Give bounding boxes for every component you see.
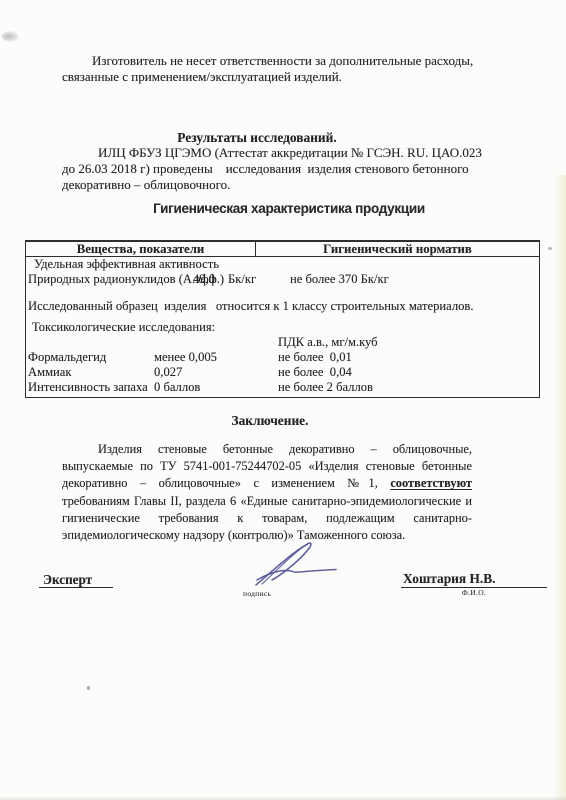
conclusion-heading: Заключение.	[62, 413, 478, 429]
tox-row: Формальдегид менее 0,005 не более 0,01	[28, 350, 539, 365]
results-line: ИЛЦ ФБУЗ ЦГЭМО (Аттестат аккредитации № …	[62, 145, 466, 161]
results-paragraph: ИЛЦ ФБУЗ ЦГЭМО (Аттестат аккредитации № …	[62, 145, 466, 193]
measured-value: менее 0,005	[154, 350, 278, 365]
tox-section-title: Токсикологические исследования:	[28, 320, 539, 335]
tox-norm-header-row: ПДК а.в., мг/м.куб	[28, 335, 539, 350]
scanned-document-page: Изготовитель не несет ответственности за…	[0, 0, 566, 800]
substance-name: Формальдегид	[28, 350, 154, 365]
pdk-header: ПДК а.в., мг/м.куб	[278, 335, 539, 350]
measured-value: 0,027	[154, 365, 278, 380]
substance-name: Аммиак	[28, 365, 154, 380]
conclusion-line: декоративно – облицовочные» с изменением…	[62, 475, 472, 492]
results-line: декоративно – облицовочного.	[62, 177, 466, 193]
disclaimer-line: связанные с применением/эксплуатацией из…	[62, 69, 466, 85]
norm-value: не более 2 баллов	[278, 380, 539, 395]
hygiene-heading: Гигиеническая характеристика продукции	[62, 201, 516, 216]
empty-cell	[28, 335, 154, 350]
scan-edge-tint	[554, 175, 566, 800]
tox-row: Аммиак 0,027 не более 0,04	[28, 365, 539, 380]
conclusion-paragraph: Изделия стеновые бетонные декоративно – …	[62, 441, 472, 544]
results-heading: Результаты исследований.	[62, 130, 452, 146]
norm-value: не более 0,01	[278, 350, 539, 365]
signature-stroke	[262, 544, 308, 585]
expert-name: Хоштария Н.В.	[401, 571, 547, 588]
scan-smudge	[2, 31, 19, 42]
activity-row-title: Удельная эффективная активность	[28, 257, 539, 272]
conclusion-line: требованиям Главы II, раздела 6 «Единые …	[62, 493, 472, 510]
column-header-norm: Гигиенический норматив	[256, 242, 539, 256]
scan-speck	[548, 247, 552, 250]
sample-class-note: Исследованный образец изделия относится …	[28, 299, 539, 314]
results-line: до 26.03 2018 г) проведены исследования …	[62, 161, 466, 177]
table-body: Удельная эффективная активность Природны…	[26, 257, 539, 395]
expert-name-block: Хоштария Н.В. Ф.И.О.	[401, 571, 547, 597]
norm-value: не более 370 Бк/кг	[290, 272, 539, 287]
disclaimer-line: Изготовитель не несет ответственности за…	[62, 53, 466, 69]
substance-name: Природных радионуклидов (А.эфф.)	[28, 272, 193, 287]
conclusion-line-text: декоративно – облицовочные» с изменением…	[62, 476, 378, 490]
tox-row: Интенсивность запаха 0 баллов не более 2…	[28, 380, 539, 395]
signature-caption: подпись	[243, 589, 271, 598]
substance-name: Интенсивность запаха	[28, 380, 154, 395]
scan-edge-shadow	[0, 796, 566, 800]
measured-value: 0 баллов	[154, 380, 278, 395]
conclusion-line: Изделия стеновые бетонные декоративно – …	[62, 441, 472, 458]
activity-row: Природных радионуклидов (А.эфф.) 49,0 Бк…	[28, 272, 539, 287]
measured-value: 49,0	[193, 272, 228, 287]
column-header-substances: Вещества, показатели	[26, 242, 256, 256]
expert-label: Эксперт	[39, 572, 113, 588]
conclusion-line: выпускаемые по ТУ 5741-001-75244702-05 «…	[62, 458, 472, 475]
empty-cell	[154, 335, 278, 350]
emphasized-word: соответствуют	[390, 476, 472, 490]
table-header-row: Вещества, показатели Гигиенический норма…	[26, 242, 539, 257]
conclusion-line: гигиенические требования к товарам, подл…	[62, 510, 472, 527]
disclaimer-paragraph: Изготовитель не несет ответственности за…	[62, 53, 466, 85]
scan-speck	[87, 686, 90, 690]
name-caption: Ф.И.О.	[401, 588, 547, 597]
norm-value: не более 0,04	[278, 365, 539, 380]
signature-stroke	[257, 570, 336, 581]
hygiene-table: Вещества, показатели Гигиенический норма…	[25, 240, 540, 398]
handwritten-signature	[248, 538, 343, 592]
unit-label: Бк/кг	[228, 272, 290, 287]
